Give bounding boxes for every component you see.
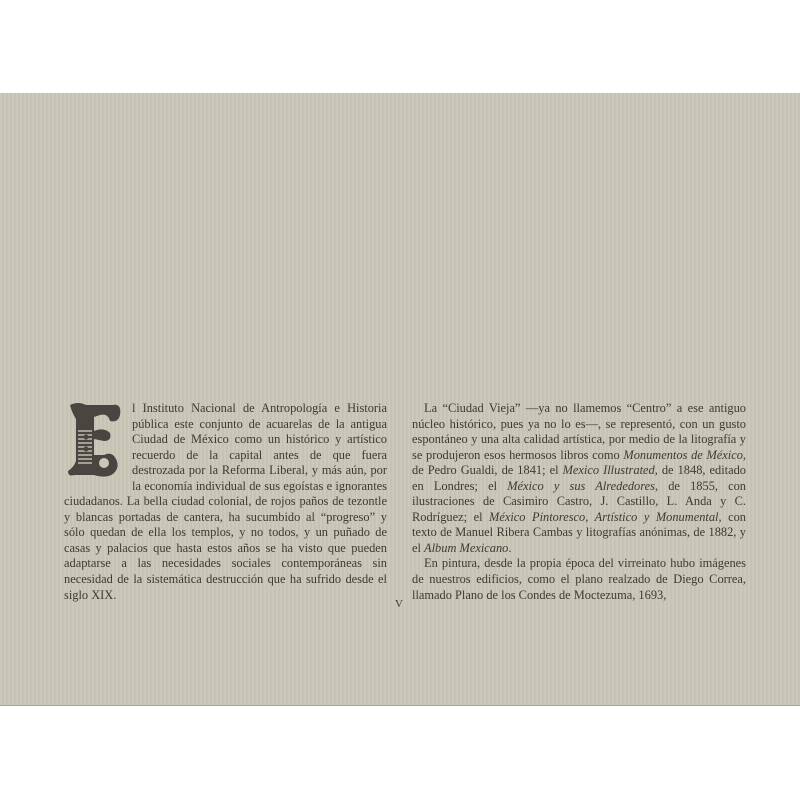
- book-title: Album Mexicano: [424, 541, 508, 555]
- book-title: Monumentos de México: [623, 448, 743, 462]
- left-column: l Instituto Nacional de Antropología e H…: [64, 401, 387, 603]
- painting-paragraph: En pintura, desde la propia época del vi…: [412, 556, 746, 603]
- text-run: .: [508, 541, 511, 555]
- page-number: V: [389, 598, 409, 610]
- lithography-paragraph: La “Ciudad Vieja” —ya no llamemos “Centr…: [412, 401, 746, 556]
- book-page: [0, 93, 800, 706]
- book-title: México y sus Alrededores: [507, 479, 655, 493]
- right-column: La “Ciudad Vieja” —ya no llamemos “Centr…: [412, 401, 746, 603]
- book-title: Mexico Illustrated: [563, 463, 655, 477]
- ornamental-dropcap-e-icon: [64, 401, 124, 479]
- book-title: México Pintoresco, Artístico y Monumenta…: [489, 510, 718, 524]
